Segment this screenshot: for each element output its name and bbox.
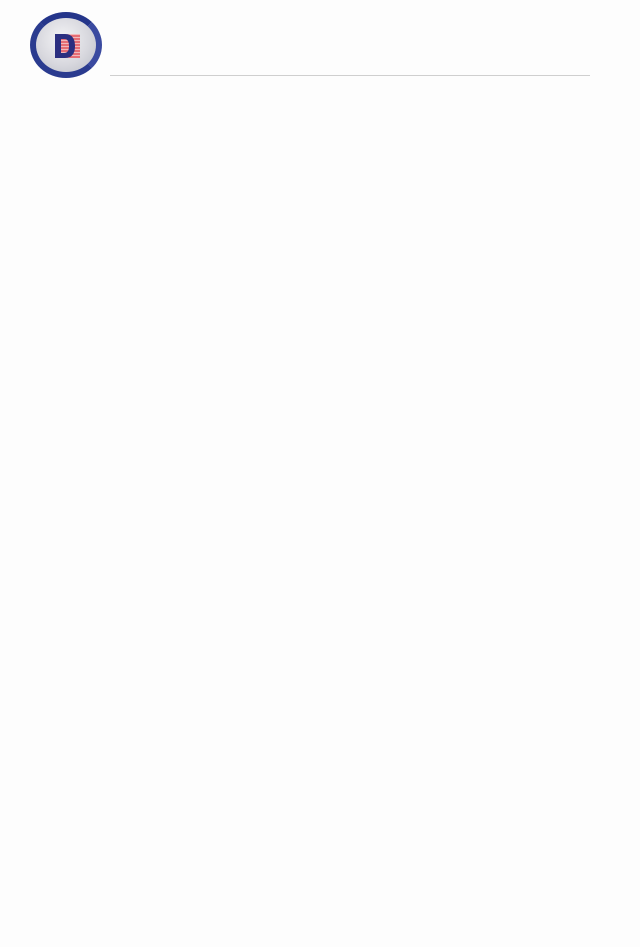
firm-logo bbox=[30, 12, 102, 78]
logo-d-icon bbox=[53, 32, 81, 60]
contact-fax bbox=[200, 124, 209, 135]
header-divider bbox=[110, 75, 590, 76]
contact-tel bbox=[30, 124, 39, 135]
